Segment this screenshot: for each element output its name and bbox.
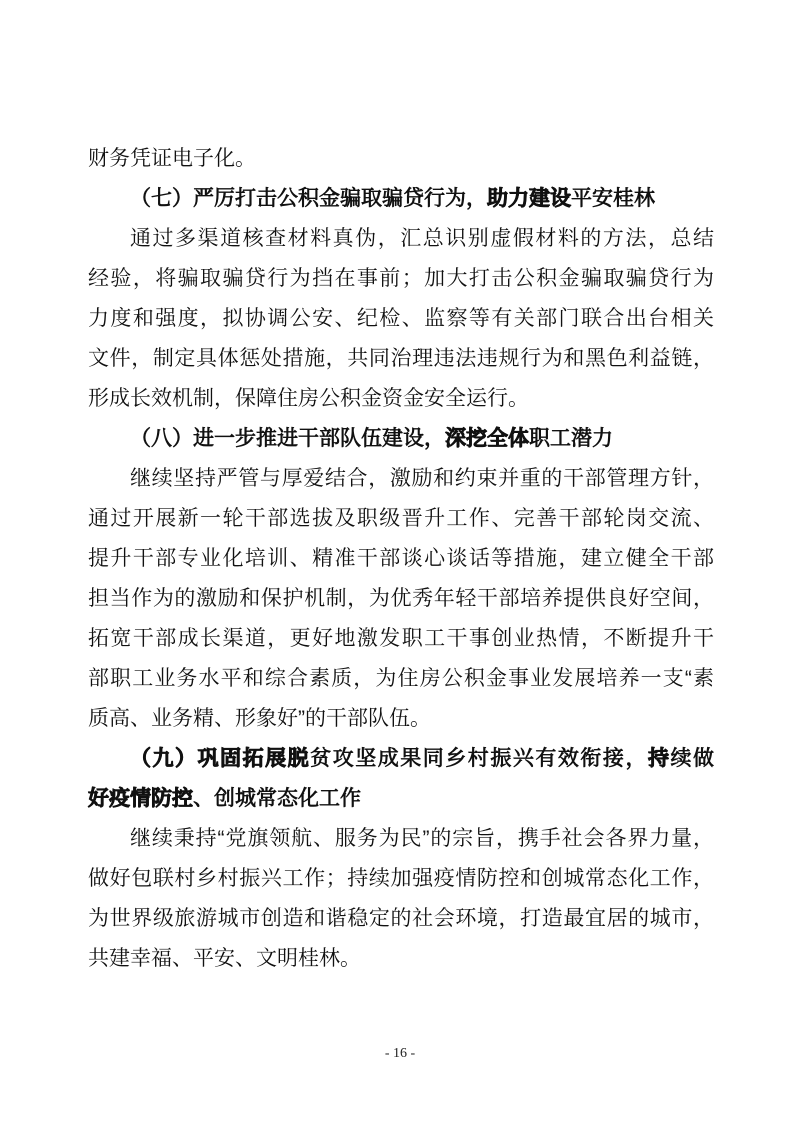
text-segment: （七）严厉打击公积金骗取骗贷行为，: [130, 187, 487, 210]
document-body: 财务凭证电子化。（七）严厉打击公积金骗取骗贷行为，助力建设平安桂林通过多渠道核查…: [88, 139, 714, 979]
text-segment: （九）巩固拓展脱: [130, 747, 310, 770]
text-segment: 为世界级旅游城市创造和谐稳定的社会环境，打造最宜居的城市，: [88, 907, 714, 930]
body-line: 拓宽干部成长渠道，更好地激发职工干事创业热情，不断提升干: [88, 619, 714, 659]
text-segment: 共建幸福、平安、文明桂林。: [88, 947, 361, 970]
text-segment: 贫攻坚成果同乡村振兴有效衔接，: [310, 747, 648, 770]
body-line: 通过开展新一轮干部选拔及职级晋升工作、完善干部轮岗交流、: [88, 499, 714, 539]
text-segment: 拓宽干部成长渠道，更好地激发职工干事创业热情，不断提升干: [88, 627, 714, 650]
page-number: - 16 -: [0, 1046, 800, 1062]
body-line: 担当作为的激励和保护机制，为优秀年轻干部培养提供良好空间，: [88, 579, 714, 619]
text-segment: 深挖全体: [445, 427, 529, 450]
text-segment: 部职工业务水平和综合素质，为住房公积金事业发展培养一支“素: [88, 667, 714, 690]
text-segment: 质高、业务精、形象好”的干部队伍。: [88, 707, 431, 730]
body-line: 形成长效机制，保障住房公积金资金安全运行。: [88, 379, 714, 419]
heading-line: （九）巩固拓展脱贫攻坚成果同乡村振兴有效衔接，持续做: [88, 739, 714, 779]
body-line: 通过多渠道核查材料真伪，汇总识别虚假材料的方法，总结: [88, 219, 714, 259]
text-segment: 力度和强度，拟协调公安、纪检、监察等有关部门联合出台相关: [88, 307, 714, 330]
document-page: 财务凭证电子化。（七）严厉打击公积金骗取骗贷行为，助力建设平安桂林通过多渠道核查…: [0, 0, 800, 1132]
text-segment: 通过开展新一轮干部选拔及职级晋升工作、完善干部轮岗交流、: [88, 507, 714, 530]
body-line: 部职工业务水平和综合素质，为住房公积金事业发展培养一支“素: [88, 659, 714, 699]
body-line: 继续坚持严管与厚爱结合，激励和约束并重的干部管理方针，: [88, 459, 714, 499]
text-segment: 助力建设: [487, 187, 571, 210]
heading-line: （八）进一步推进干部队伍建设，深挖全体职工潜力: [88, 419, 714, 459]
text-segment: 通过多渠道核查材料真伪，汇总识别虚假材料的方法，总结: [130, 227, 714, 250]
text-segment: 经验，将骗取骗贷行为挡在事前；加大打击公积金骗取骗贷行为: [88, 267, 714, 290]
body-line: 质高、业务精、形象好”的干部队伍。: [88, 699, 714, 739]
body-line: 力度和强度，拟协调公安、纪检、监察等有关部门联合出台相关: [88, 299, 714, 339]
body-line: 经验，将骗取骗贷行为挡在事前；加大打击公积金骗取骗贷行为: [88, 259, 714, 299]
text-segment: 职工潜力: [529, 427, 613, 450]
body-line: 为世界级旅游城市创造和谐稳定的社会环境，打造最宜居的城市，: [88, 899, 714, 939]
body-line: 财务凭证电子化。: [88, 139, 714, 179]
body-line: 做好包联村乡村振兴工作；持续加强疫情防控和创城常态化工作，: [88, 859, 714, 899]
text-segment: 文件，制定具体惩处措施，共同治理违法违规行为和黑色利益链，: [88, 347, 714, 370]
text-segment: 、创城常态化工作: [193, 787, 361, 810]
body-line: 继续秉持“党旗领航、服务为民”的宗旨，携手社会各界力量，: [88, 819, 714, 859]
text-segment: （八）进一步推进干部队伍建设，: [130, 427, 445, 450]
text-segment: 继续秉持“党旗领航、服务为民”的宗旨，携手社会各界力量，: [130, 827, 714, 850]
text-segment: 财务凭证电子化。: [88, 147, 256, 170]
heading-line: （七）严厉打击公积金骗取骗贷行为，助力建设平安桂林: [88, 179, 714, 219]
text-segment: 好疫情防控: [88, 787, 193, 810]
body-line: 文件，制定具体惩处措施，共同治理违法违规行为和黑色利益链，: [88, 339, 714, 379]
text-segment: 持: [648, 747, 671, 770]
text-segment: 做好包联村乡村振兴工作；持续加强疫情防控和创城常态化工作，: [88, 867, 714, 890]
text-segment: 平安桂林: [571, 187, 655, 210]
heading-line: 好疫情防控、创城常态化工作: [88, 779, 714, 819]
text-segment: 续做: [671, 747, 715, 770]
body-line: 提升干部专业化培训、精准干部谈心谈话等措施，建立健全干部: [88, 539, 714, 579]
text-segment: 担当作为的激励和保护机制，为优秀年轻干部培养提供良好空间，: [88, 587, 714, 610]
text-segment: 继续坚持严管与厚爱结合，激励和约束并重的干部管理方针，: [130, 467, 714, 490]
body-line: 共建幸福、平安、文明桂林。: [88, 939, 714, 979]
text-segment: 提升干部专业化培训、精准干部谈心谈话等措施，建立健全干部: [88, 547, 714, 570]
text-segment: 形成长效机制，保障住房公积金资金安全运行。: [88, 387, 529, 410]
